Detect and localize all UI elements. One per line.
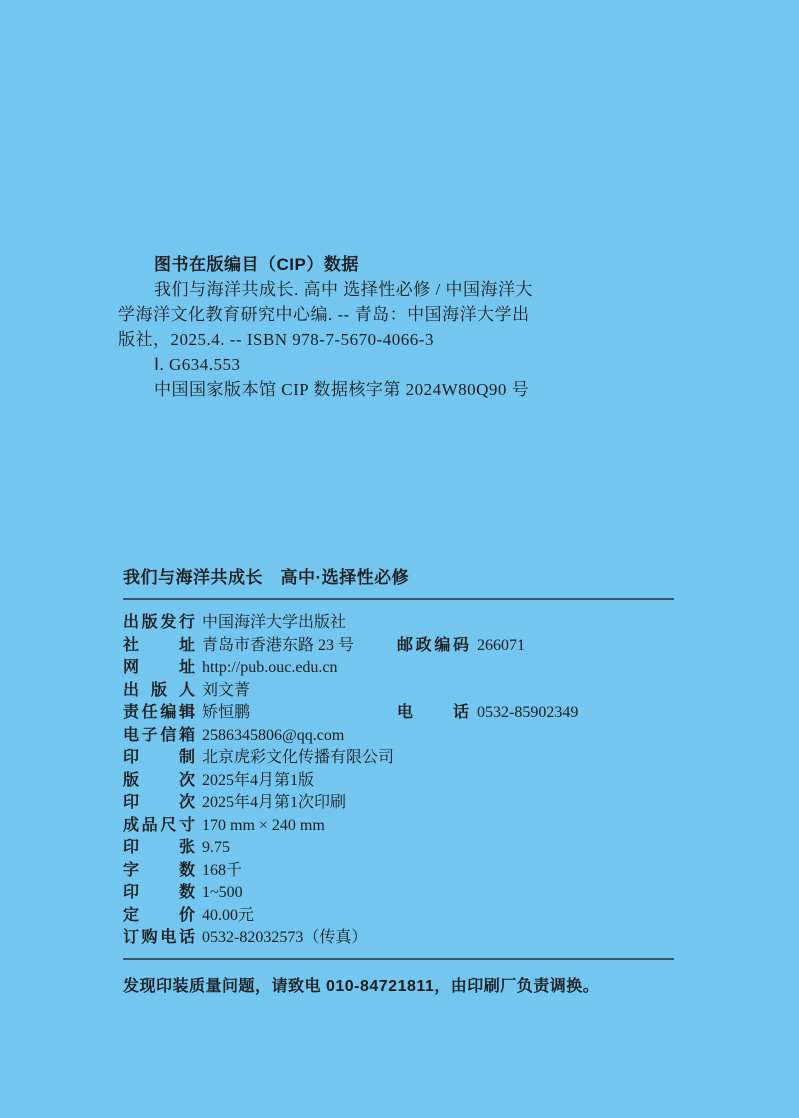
field-value: 40.00元 xyxy=(202,905,254,928)
colophon-block: 我们与海洋共成长 高中·选择性必修 出版发行中国海洋大学出版社 社址青岛市香港东… xyxy=(123,566,674,996)
colophon-rows: 出版发行中国海洋大学出版社 社址青岛市香港东路 23 号 邮政编码266071 … xyxy=(123,612,674,950)
cip-line-editor: 学海洋文化教育研究中心编. -- 青岛：中国海洋大学出 xyxy=(118,302,678,327)
row-editor: 责任编辑矫恒鹏 电话0532-85902349 xyxy=(123,702,674,725)
field-label: 订购电话 xyxy=(123,927,195,950)
field-value-email: 2586345806@qq.com xyxy=(202,725,344,748)
field-value: 168千 xyxy=(202,860,242,883)
row-word-count: 字数168千 xyxy=(123,860,674,883)
row-website: 网址http://pub.ouc.edu.cn xyxy=(123,657,674,680)
book-title: 我们与海洋共成长 高中·选择性必修 xyxy=(123,566,674,590)
field-value: 中国海洋大学出版社 xyxy=(202,612,346,635)
row-sheets: 印张9.75 xyxy=(123,837,674,860)
field-value: 170 mm × 240 mm xyxy=(202,815,325,838)
row-trim-size: 成品尺寸170 mm × 240 mm xyxy=(123,815,674,838)
row-email: 电子信箱2586345806@qq.com xyxy=(123,725,674,748)
field-label: 印张 xyxy=(123,837,195,860)
quality-notice: 发现印装质量问题，请致电 010-84721811，由印刷厂负责调换。 xyxy=(123,973,674,996)
cip-header: 图书在版编目（CIP）数据 xyxy=(154,252,678,277)
field-label: 成品尺寸 xyxy=(123,815,195,838)
row-edition: 版次2025年4月第1版 xyxy=(123,770,674,793)
field-value: 北京虎彩文化传播有限公司 xyxy=(202,747,394,770)
field-value: 0532-82032573（传真） xyxy=(202,927,367,950)
cip-line-classification: Ⅰ. G634.553 xyxy=(154,352,678,377)
field-value: 矫恒鹏 xyxy=(202,702,250,725)
field-label: 字数 xyxy=(123,860,195,883)
field-value-postcode: 266071 xyxy=(477,635,525,658)
cip-line-isbn: 版社，2025.4. -- ISBN 978-7-5670-4066-3 xyxy=(118,327,678,352)
field-value: 9.75 xyxy=(202,837,230,860)
field-label: 责任编辑 xyxy=(123,702,195,725)
field-label: 定价 xyxy=(123,905,195,928)
field-value: 刘文菁 xyxy=(202,680,250,703)
row-price: 定价40.00元 xyxy=(123,905,674,928)
field-label-phone: 电话 xyxy=(397,702,469,725)
row-impression: 印次2025年4月第1次印刷 xyxy=(123,792,674,815)
divider-bottom xyxy=(123,958,674,960)
divider-top xyxy=(123,598,674,600)
field-label: 印数 xyxy=(123,882,195,905)
field-value: 1~500 xyxy=(202,882,243,905)
field-value: 2025年4月第1版 xyxy=(202,770,314,793)
row-publisher-person: 出版人刘文菁 xyxy=(123,680,674,703)
field-label: 社址 xyxy=(123,635,195,658)
row-order-phone: 订购电话0532-82032573（传真） xyxy=(123,927,674,950)
field-label: 电子信箱 xyxy=(123,725,195,748)
book-copyright-page: 图书在版编目（CIP）数据 我们与海洋共成长. 高中 选择性必修 / 中国海洋大… xyxy=(0,0,799,1118)
field-label: 印次 xyxy=(123,792,195,815)
field-value-url: http://pub.ouc.edu.cn xyxy=(202,657,338,680)
field-label: 出版发行 xyxy=(123,612,195,635)
field-value-phone: 0532-85902349 xyxy=(477,702,578,725)
field-label: 版次 xyxy=(123,770,195,793)
field-value: 青岛市香港东路 23 号 xyxy=(202,635,354,658)
field-label: 出版人 xyxy=(123,680,195,703)
field-label-postcode: 邮政编码 xyxy=(397,635,469,658)
cip-line-title: 我们与海洋共成长. 高中 选择性必修 / 中国海洋大 xyxy=(154,277,678,302)
row-address: 社址青岛市香港东路 23 号 邮政编码266071 xyxy=(123,635,674,658)
field-value: 2025年4月第1次印刷 xyxy=(202,792,346,815)
cip-line-record-number: 中国国家版本馆 CIP 数据核字第 2024W80Q90 号 xyxy=(154,377,678,402)
field-label: 网址 xyxy=(123,657,195,680)
cip-block: 图书在版编目（CIP）数据 我们与海洋共成长. 高中 选择性必修 / 中国海洋大… xyxy=(118,252,678,402)
field-label: 印制 xyxy=(123,747,195,770)
row-publisher: 出版发行中国海洋大学出版社 xyxy=(123,612,674,635)
row-printer: 印制北京虎彩文化传播有限公司 xyxy=(123,747,674,770)
row-print-run: 印数1~500 xyxy=(123,882,674,905)
